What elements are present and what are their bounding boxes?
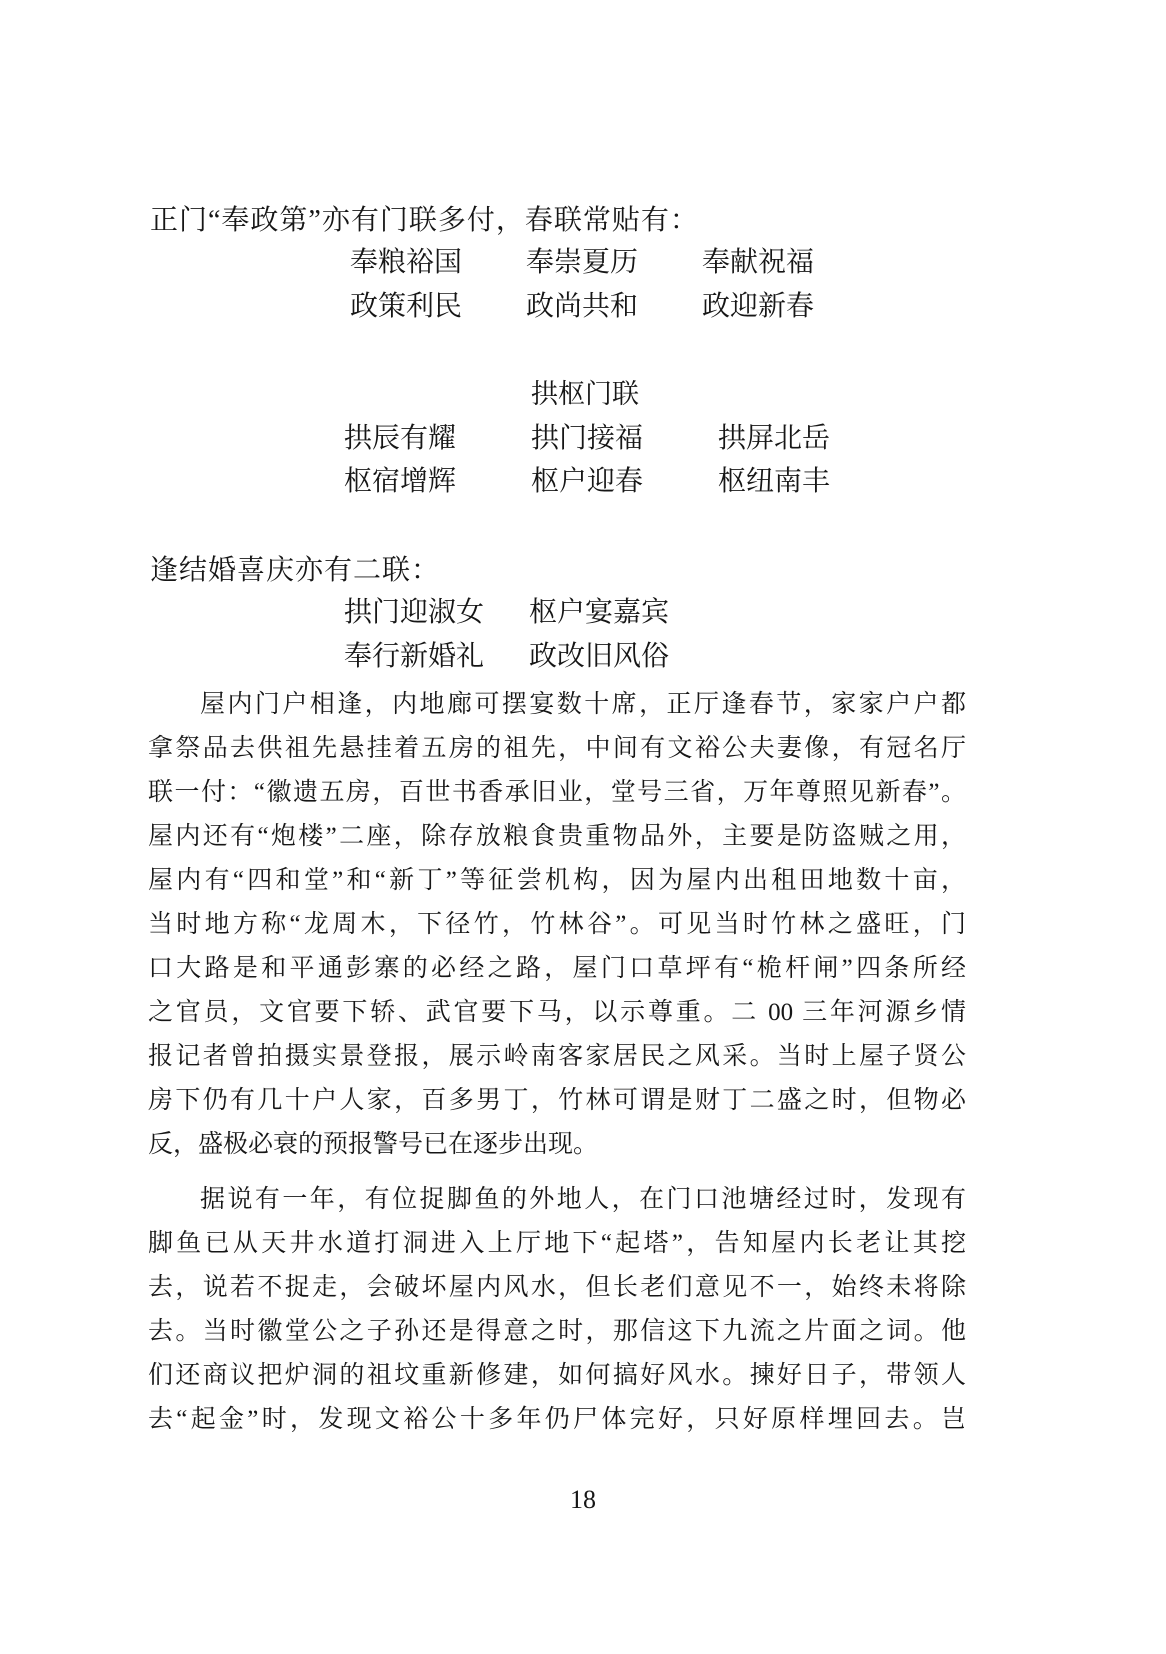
couplet-cell: 拱门迎淑女 [344, 598, 484, 628]
body-line: 脚鱼已从天井水道打洞进入上厅地下“起塔”，告知屋内长老让其挖 [148, 1222, 966, 1266]
section-intro-line: 正门“奉政第”亦有门联多付，春联常贴有： [150, 206, 699, 236]
body-line: 拿祭品去供祖先悬挂着五房的祖先，中间有文裕公夫妻像，有冠名厅 [148, 727, 966, 771]
couplet-row-wedding-1: 拱门迎淑女 枢户宴嘉宾 [344, 598, 669, 628]
body-line: 们还商议把炉洞的祖坟重新修建，如何搞好风水。揀好日子，带领人 [148, 1354, 966, 1398]
body-line: 屋内还有“炮楼”二座，除存放粮食贵重物品外，主要是防盗贼之用， [148, 815, 966, 859]
couplet-row-gongshu-1: 拱辰有耀 拱门接福 拱屏北岳 [344, 424, 830, 454]
couplet-cell: 奉行新婚礼 [344, 642, 484, 672]
body-line: 报记者曾拍摄实景登报，展示岭南客家居民之风采。当时上屋子贤公 [148, 1035, 966, 1079]
couplet-cell: 政策利民 [350, 292, 462, 322]
body-line: 当时地方称“龙周木，下径竹，竹林谷”。可见当时竹林之盛旺，门 [148, 903, 966, 947]
page-number: 18 [0, 1486, 1166, 1514]
couplet-cell: 奉崇夏历 [526, 248, 638, 278]
body-line: 反，盛极必衰的预报警号已在逐步出现。 [148, 1123, 966, 1167]
wedding-intro-line: 逢结婚喜庆亦有二联： [150, 556, 440, 586]
body-line: 口大路是和平通彭寨的必经之路，屋门口草坪有“桅杆闸”四条所经 [148, 947, 966, 991]
couplet-cell: 政改旧风俗 [529, 642, 669, 672]
body-line: 去“起金”时，发现文裕公十多年仍尸体完好，只好原样埋回去。岂 [148, 1398, 966, 1442]
body-line: 屋内有“四和堂”和“新丁”等征尝机构，因为屋内出租田地数十亩， [148, 859, 966, 903]
couplet-row-fengzheng-1: 奉粮裕国 奉崇夏历 奉献祝福 [350, 248, 814, 278]
body-line: 之官员，文官要下轿、武官要下马，以示尊重。二 00 三年河源乡情 [148, 991, 966, 1035]
body-line: 屋内门户相逢，内地廊可摆宴数十席，正厅逢春节，家家户户都 [148, 683, 966, 727]
couplet-cell: 枢纽南丰 [718, 467, 830, 497]
body-line: 联一付：“徽遗五房，百世书香承旧业，堂号三省，万年尊照见新春”。 [148, 771, 966, 815]
couplet-cell: 枢户迎春 [531, 467, 643, 497]
couplet-cell: 政尚共和 [526, 292, 638, 322]
paragraph-1: 屋内门户相逢，内地廊可摆宴数十席，正厅逢春节，家家户户都 拿祭品去供祖先悬挂着五… [148, 683, 966, 1167]
couplet-row-wedding-2: 奉行新婚礼 政改旧风俗 [344, 642, 669, 672]
body-line: 去。当时徽堂公之子孙还是得意之时，那信这下九流之片面之词。他 [148, 1310, 966, 1354]
body-line: 房下仍有几十户人家，百多男丁，竹林可谓是财丁二盛之时，但物必 [148, 1079, 966, 1123]
couplet-cell: 枢户宴嘉宾 [529, 598, 669, 628]
paragraph-2: 据说有一年，有位捉脚鱼的外地人，在门口池塘经过时，发现有 脚鱼已从天井水道打洞进… [148, 1178, 966, 1442]
couplet-group-title: 拱枢门联 [531, 380, 639, 409]
couplet-cell: 奉粮裕国 [350, 248, 462, 278]
couplet-cell: 拱门接福 [531, 424, 643, 454]
body-line: 据说有一年，有位捉脚鱼的外地人，在门口池塘经过时，发现有 [148, 1178, 966, 1222]
couplet-cell: 拱辰有耀 [344, 424, 456, 454]
couplet-cell: 奉献祝福 [702, 248, 814, 278]
body-line: 去，说若不捉走，会破坏屋内风水，但长老们意见不一，始终未将除 [148, 1266, 966, 1310]
document-page: 正门“奉政第”亦有门联多付，春联常贴有： 奉粮裕国 奉崇夏历 奉献祝福 政策利民… [0, 0, 1166, 1654]
couplet-cell: 枢宿增辉 [344, 467, 456, 497]
couplet-cell: 政迎新春 [702, 292, 814, 322]
couplet-cell: 拱屏北岳 [718, 424, 830, 454]
couplet-row-fengzheng-2: 政策利民 政尚共和 政迎新春 [350, 292, 814, 322]
couplet-row-gongshu-2: 枢宿增辉 枢户迎春 枢纽南丰 [344, 467, 830, 497]
